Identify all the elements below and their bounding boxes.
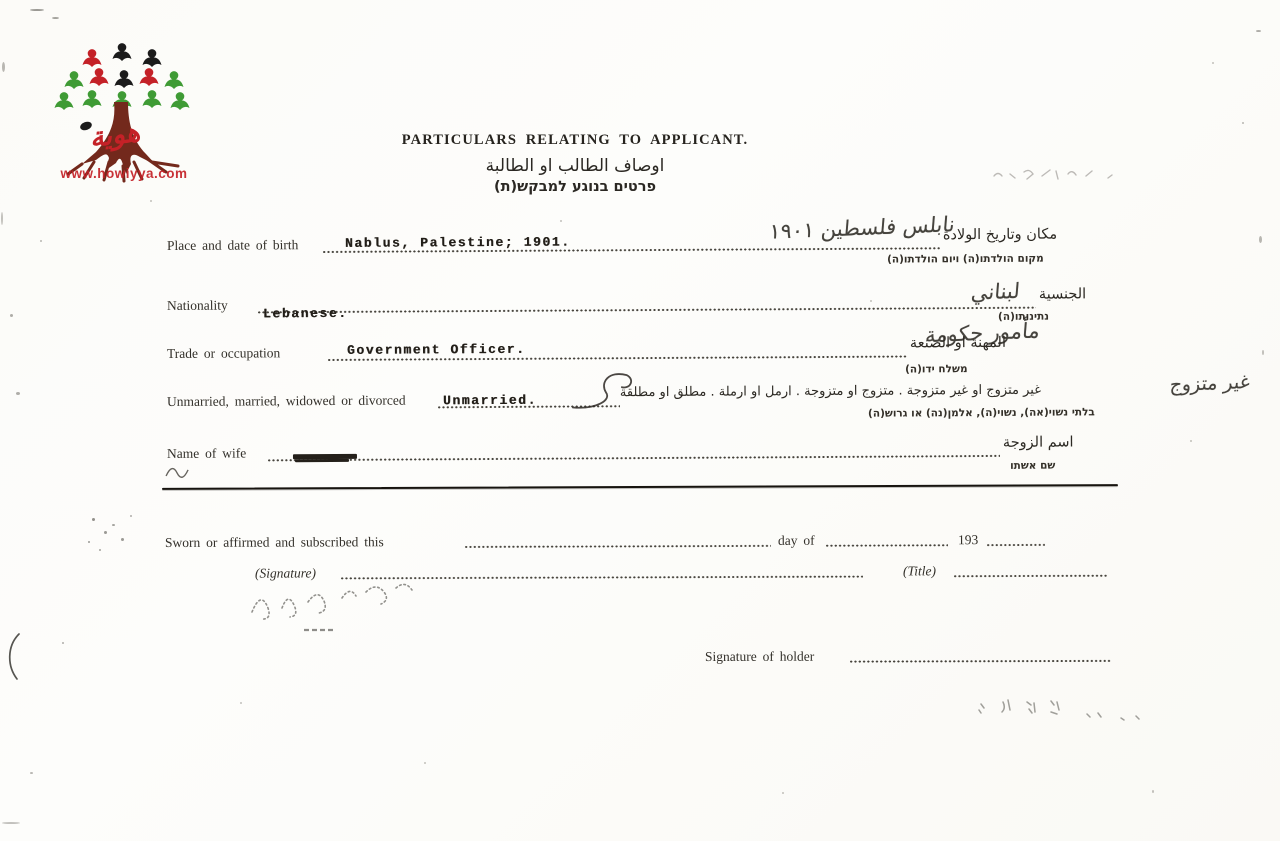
field-row-birth: Place and date of birth Nablus, Palestin… [165, 224, 1125, 276]
year-prefix-label: 193 [958, 532, 978, 548]
page-title-english: PARTICULARS RELATING TO APPLICANT. [165, 132, 985, 149]
scan-speck [1212, 62, 1214, 64]
nationality-label-en: Nationality [167, 298, 228, 314]
day-of-label: day of [778, 533, 815, 549]
scan-speck [560, 220, 562, 222]
scan-speck [2, 822, 20, 824]
horizontal-rule [162, 484, 1118, 490]
occupation-label-en: Trade or occupation [167, 345, 280, 362]
marital-handwritten-value: غير متزوج [1109, 371, 1251, 399]
occupation-typed-value: Government Officer. [347, 342, 526, 358]
scan-speck [40, 240, 42, 242]
faint-pencil-note [990, 164, 1120, 186]
field-row-marital: Unmarried, married, widowed or divorced … [165, 380, 1125, 432]
month-dotted-line [826, 530, 948, 546]
birth-label-he: מקום הולדתו(ה) ויום הולדתו(ה) [887, 253, 1044, 266]
scan-speck [52, 17, 59, 19]
marital-label-ar: غير متزوج او غير متزوجة . متزوج او متزوج… [620, 382, 1105, 400]
wife-label-he: שם אשתו [1010, 460, 1055, 472]
holder-dotted-line [850, 646, 1112, 663]
scan-speck [16, 392, 20, 395]
margin-pen-mark-icon [4, 632, 24, 682]
scan-speck [99, 549, 101, 551]
scan-speck [30, 772, 33, 774]
marital-label-he: בלתי נשוי(אה), נשוי(ה), אלמן(נה) או גרוש… [868, 406, 1095, 419]
birth-typed-value: Nablus, Palestine; 1901. [345, 235, 571, 251]
title-block: PARTICULARS RELATING TO APPLICANT. اوصاف… [165, 132, 985, 195]
scan-speck [1262, 350, 1264, 355]
scan-speck [30, 9, 44, 11]
marital-label-en: Unmarried, married, widowed or divorced [167, 393, 406, 410]
scan-speck [1190, 440, 1192, 442]
occupation-label-he: משלח ידו(ה) [905, 363, 968, 375]
struck-out-entry [295, 459, 349, 462]
scan-speck [1259, 236, 1262, 243]
faint-pencil-specks [975, 694, 1145, 726]
scan-speck [62, 642, 64, 644]
signature-dotted-line [341, 562, 863, 580]
scan-speck [121, 538, 124, 541]
scan-speck [2, 62, 5, 72]
wife-dotted-line [268, 441, 1000, 461]
nationality-typed-value: Lebanese. [263, 306, 348, 322]
scan-speck [424, 762, 426, 764]
scan-speck [88, 541, 90, 543]
birth-label-ar: مكان وتاريخ الولادة [943, 227, 1057, 244]
scan-speck [782, 792, 784, 794]
title-dotted-line [954, 561, 1108, 578]
page-title-hebrew: פרטים בנוגע למבקש(ת) [165, 179, 985, 195]
faint-signature-handwriting [238, 578, 438, 640]
wife-label-ar: اسم الزوجة [1003, 434, 1074, 450]
scan-speck [104, 531, 107, 534]
field-row-wife: Name of wife اسم الزوجة שם אשתו [165, 432, 1125, 484]
year-dotted-line [987, 530, 1045, 546]
birth-label-en: Place and date of birth [167, 237, 299, 254]
handwriting-scribble-icon [163, 458, 191, 482]
occupation-label-ar: المهنة او الصنعة [910, 335, 1006, 352]
nationality-handwritten-value: لبناني [909, 279, 1021, 308]
nationality-label-ar: الجنسية [1039, 286, 1086, 302]
sworn-prefix-label: Sworn or affirmed and subscribed this [165, 534, 384, 551]
holder-label: Signature of holder [705, 649, 814, 665]
scan-speck [240, 702, 242, 704]
title-label: (Title) [903, 563, 936, 579]
scan-speck [92, 518, 95, 521]
scan-speck [1256, 30, 1261, 32]
scan-speck [10, 314, 13, 317]
scan-speck [150, 200, 152, 202]
scan-speck [1152, 790, 1154, 793]
sworn-day-dotted-line [465, 531, 771, 548]
page-title-arabic: اوصاف الطالب او الطالبة [165, 156, 985, 176]
scan-speck [130, 515, 132, 517]
scan-speck [112, 524, 115, 526]
scanned-document-page: هوية www.howiyya.com PARTICULARS RELATIN… [0, 0, 1280, 841]
holder-signature-row: Signature of holder [700, 644, 1125, 691]
scan-speck [1242, 122, 1244, 124]
marital-typed-value: Unmarried. [443, 393, 537, 409]
scan-speck [1, 212, 3, 225]
scan-speck [870, 300, 872, 302]
